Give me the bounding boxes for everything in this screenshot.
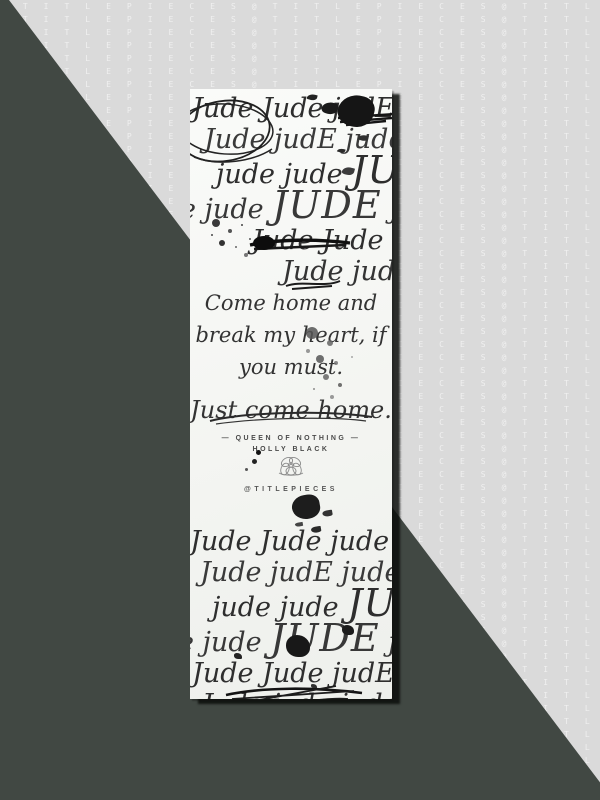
- jude-line-text: Jude Jude judE jude: [192, 658, 392, 689]
- jude-line: Jude jude: [282, 256, 392, 287]
- jude-line: Jude Jude judE: [192, 93, 392, 124]
- quote-block: Come home and break my heart, if you mus…: [190, 287, 392, 426]
- jude-line: e jude JUDE jude: [190, 623, 392, 658]
- jude-script-block-bottom: Jude Jude jude Jude judE jude Ju jude ju…: [190, 526, 392, 699]
- flower-icon: [274, 453, 308, 479]
- jude-line-text: e jude: [190, 627, 270, 658]
- jude-line-text: Jude jude: [282, 256, 392, 287]
- jude-script-block-top: Jude Jude judE Jude judE jude Ju jude ju…: [190, 93, 392, 287]
- product-image: { "background": { "watermark_text": "@TI…: [0, 0, 600, 800]
- jude-line-text: Jude jude jude jude: [202, 689, 392, 699]
- jude-line: Jude jude jude jude: [202, 689, 392, 699]
- bookmark: Jude Jude judE Jude judE jude Ju jude ju…: [190, 89, 392, 699]
- jude-line-text: Jude Jude judE: [192, 93, 392, 124]
- flower-wrap: [190, 453, 392, 484]
- jude-line-text: Jude Jude: [252, 225, 384, 256]
- quote-line: Just come home.: [190, 394, 392, 426]
- brand-handle: @TITLEPIECES: [190, 486, 392, 493]
- quote-line: you must.: [190, 351, 392, 383]
- jude-line-text: Jude Jude jude: [190, 526, 389, 557]
- jude-line-big-text: JUDE: [272, 183, 381, 227]
- jude-line: Jude Jude jude: [190, 526, 392, 557]
- jude-line-big-text: JUDE: [270, 616, 379, 660]
- book-title: — QUEEN OF NOTHING —: [190, 433, 392, 444]
- jude-line-text: e jude: [190, 194, 272, 225]
- jude-line-text: jude: [380, 627, 392, 658]
- attribution: — QUEEN OF NOTHING — HOLLY BLACK: [190, 433, 392, 455]
- jude-line: Jude Jude: [252, 225, 392, 256]
- jude-line: e jude JUDE jude: [190, 190, 392, 225]
- quote-line: Come home and: [190, 287, 392, 319]
- ink-splatter: [290, 493, 322, 521]
- quote-line: break my heart, if: [190, 319, 392, 351]
- jude-line-text: jude: [382, 194, 392, 225]
- jude-line: Jude Jude judE jude: [192, 658, 392, 689]
